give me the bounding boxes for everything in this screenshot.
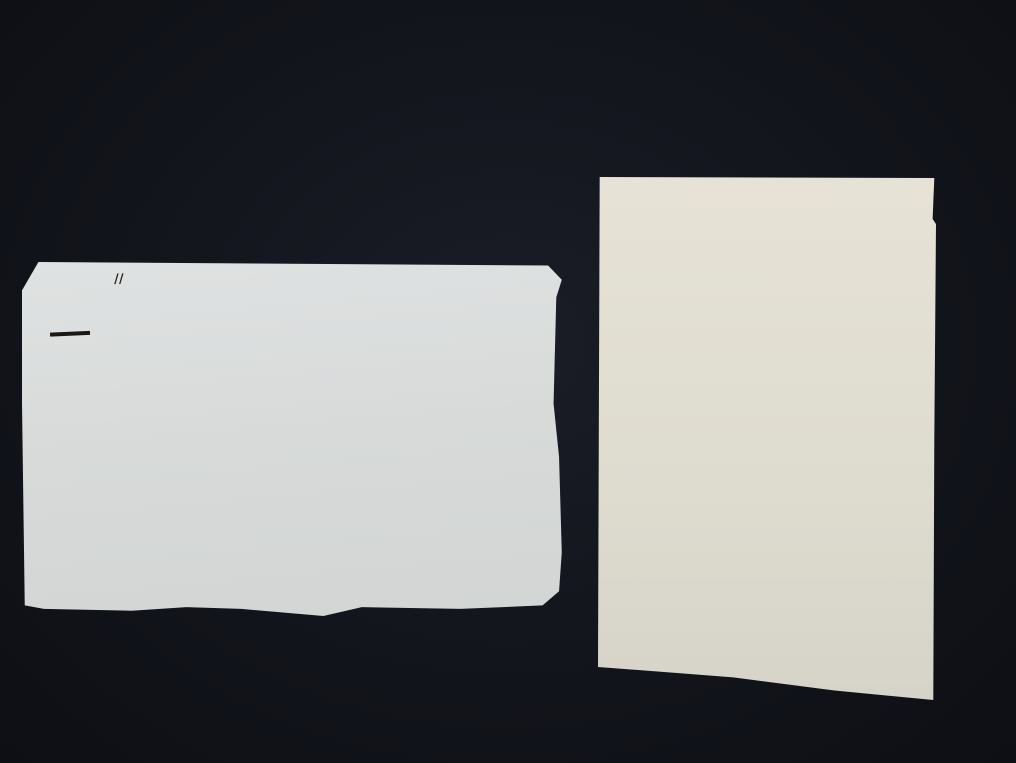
left-manuscript: // (22, 262, 570, 616)
double-slash-mark: // (114, 272, 124, 287)
left-line-2 (46, 323, 94, 342)
left-heading: // (114, 272, 124, 287)
right-manuscript (598, 177, 936, 701)
crossed-out-word (50, 331, 90, 337)
